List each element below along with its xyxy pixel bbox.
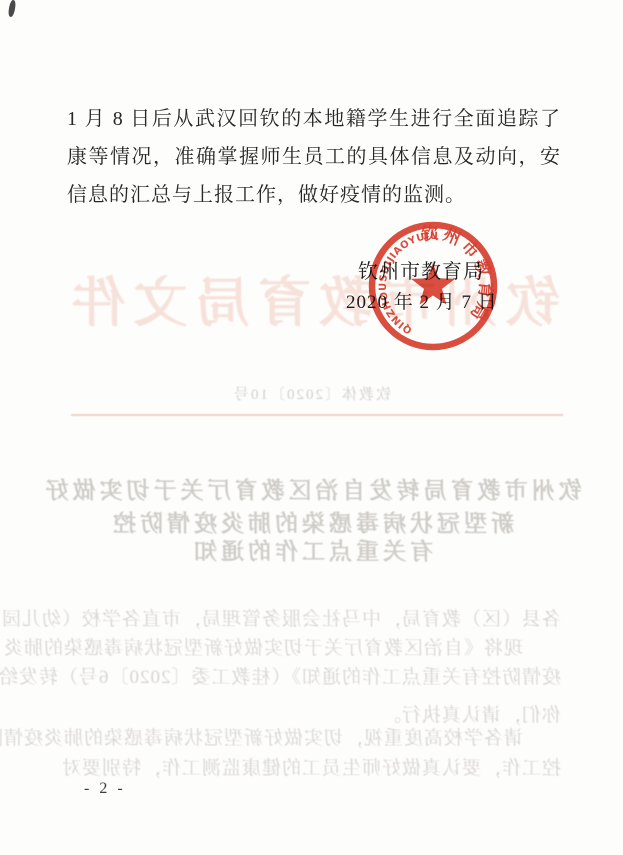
bleedthrough-body-line: 疫情防控有关重点工作的通知》（桂教工委〔2020〕6号）转发给	[61, 662, 561, 689]
body-line: 1 月 8 日后从武汉回钦的本地籍学生进行全面追踪了解他们的健	[67, 100, 561, 138]
document-page: 钦州市教育局文件 钦教体〔2020〕10号 钦州市教育局转发自治区教育厅关于切实…	[0, 0, 623, 855]
bleedthrough-red-rule	[71, 414, 563, 416]
bleedthrough-title-line: 有关重点工作的通知	[0, 533, 623, 566]
official-seal: QINZHOUSHIJIAOYUJU 钦州市教育局	[358, 211, 508, 361]
bleedthrough-title-line: 钦州市教育局转发自治区教育厅关于切实做好	[0, 472, 623, 505]
bleedthrough-body-line: 现将《自治区教育厅关于切实做好新型冠状病毒感染的肺炎	[23, 633, 561, 660]
bleedthrough-body-line: 控工作，要认真做好师生员工的健康监测工作，特别要对	[61, 753, 561, 780]
bleedthrough-body-line: 各县（区）教育局，中马社会服务管理局，市直各学校（幼儿园）：	[61, 604, 561, 631]
bleedthrough-title-line: 新型冠状病毒感染的肺炎疫情防控	[0, 505, 623, 538]
body-paragraph: 1 月 8 日后从武汉回钦的本地籍学生进行全面追踪了解他们的健 康等情况，准确掌…	[67, 100, 561, 214]
bleedthrough-red-header: 钦州市教育局文件	[0, 260, 623, 337]
page-number: - 2 -	[84, 780, 126, 798]
bleedthrough-body-line: 你们，请认真执行。	[61, 700, 561, 727]
bleedthrough-doc-number: 钦教体〔2020〕10号	[0, 383, 623, 404]
scan-artifact-mark	[8, 0, 17, 17]
body-line: 康等情况，准确掌握师生员工的具体信息及动向，安排专人负责	[67, 138, 561, 176]
star-icon	[411, 263, 455, 305]
bleedthrough-body-line: 请各学校高度重视，切实做好新型冠状病毒感染的肺炎疫情防	[23, 723, 561, 750]
body-line: 信息的汇总与上报工作，做好疫情的监测。	[67, 176, 561, 214]
